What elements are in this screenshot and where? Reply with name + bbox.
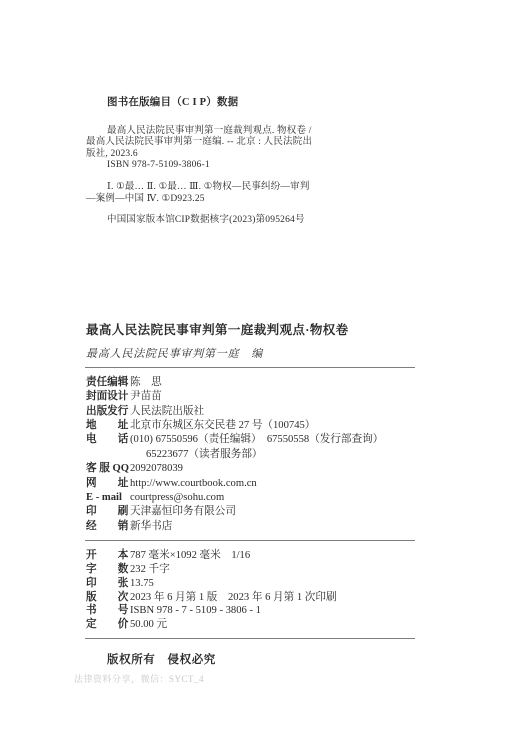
- cip-record: 最高人民法院民事审判第一庭裁判观点. 物权卷 / 最高人民法院民事审判第一庭编.…: [86, 126, 456, 172]
- info-value-url: http://www.courtbook.com.cn: [130, 477, 257, 491]
- info-value: 2023 年 6 月第 1 版 2023 年 6 月第 1 次印刷: [130, 591, 337, 605]
- info-row-address: 地 址 北京市东城区东交民巷 27 号（100745）: [86, 419, 516, 433]
- print-info: 开 本 787 毫米×1092 毫米 1/16 字 数 232 千字 印 张 1…: [86, 549, 516, 632]
- book-title: 最高人民法院民事审判第一庭裁判观点·物权卷: [86, 320, 516, 338]
- divider-bottom: [85, 638, 415, 639]
- info-label: 出版发行: [86, 405, 130, 419]
- info-label: 印 张: [86, 577, 130, 591]
- cip-classification-line: Ⅰ. ①最… Ⅱ. ①最… Ⅲ. ①物权—民事纠纷—审判: [86, 182, 456, 194]
- info-label: 责任编辑: [86, 376, 130, 390]
- watermark-text: 法律资料分享，微信：SYCT_4: [74, 672, 204, 685]
- info-value-email: courtpress@sohu.com: [130, 491, 224, 505]
- info-value: 天津嘉恒印务有限公司: [130, 505, 236, 519]
- cip-registry-number: 中国国家版本馆CIP数据核字(2023)第095264号: [86, 215, 456, 227]
- info-label: 客 服 QQ: [86, 462, 130, 476]
- info-value: ISBN 978 - 7 - 5109 - 3806 - 1: [130, 604, 261, 618]
- info-label: 印 刷: [86, 505, 130, 519]
- title-block: 最高人民法院民事审判第一庭裁判观点·物权卷 最高人民法院民事审判第一庭 编: [86, 320, 516, 361]
- info-row-sheets: 印 张 13.75: [86, 577, 516, 591]
- info-value: 新华书店: [130, 520, 172, 534]
- info-value-group: (010) 67550596（责任编辑） 67550558（发行部查询） 652…: [130, 433, 383, 462]
- info-row-distributor: 经 销 新华书店: [86, 520, 516, 534]
- info-value: 2092078039: [130, 462, 183, 476]
- cip-isbn-line: ISBN 978-7-5109-3806-1: [86, 160, 456, 172]
- cip-classification: Ⅰ. ①最… Ⅱ. ①最… Ⅲ. ①物权—民事纠纷—审判 —案例—中国 Ⅳ. ①…: [86, 182, 456, 205]
- info-label: 封面设计: [86, 390, 130, 404]
- info-row-price: 定 价 50.00 元: [86, 618, 516, 632]
- info-label: 开 本: [86, 549, 130, 563]
- info-label: E - mail: [86, 491, 130, 505]
- book-editor: 最高人民法院民事审判第一庭 编: [86, 345, 516, 361]
- info-row-editor: 责任编辑 陈 思: [86, 376, 516, 390]
- cip-classification-line: —案例—中国 Ⅳ. ①D923.25: [86, 194, 456, 206]
- publishing-info: 责任编辑 陈 思 封面设计 尹苗苗 出版发行 人民法院出版社 地 址 北京市东城…: [86, 376, 516, 534]
- divider-top: [85, 367, 415, 368]
- info-value: (010) 67550596（责任编辑） 67550558（发行部查询）: [130, 433, 383, 447]
- info-label: 电 话: [86, 433, 130, 447]
- divider-middle: [85, 540, 415, 541]
- info-label: 网 址: [86, 477, 130, 491]
- info-label: 地 址: [86, 419, 130, 433]
- info-value: 北京市东城区东交民巷 27 号（100745）: [130, 419, 315, 433]
- info-row-website: 网 址 http://www.courtbook.com.cn: [86, 477, 516, 491]
- cip-section: 图书在版编目（C I P）数据 最高人民法院民事审判第一庭裁判观点. 物权卷 /…: [86, 0, 456, 227]
- info-row-word-count: 字 数 232 千字: [86, 563, 516, 577]
- info-label: 版 次: [86, 591, 130, 605]
- cip-record-line: 版社, 2023.6: [86, 149, 456, 161]
- info-row-printer: 印 刷 天津嘉恒印务有限公司: [86, 505, 516, 519]
- info-value: 50.00 元: [130, 618, 167, 632]
- cip-record-line: 最高人民法院民事审判第一庭裁判观点. 物权卷 /: [86, 126, 456, 138]
- info-value: 787 毫米×1092 毫米 1/16: [130, 549, 250, 563]
- info-label: 书 号: [86, 604, 130, 618]
- info-row-email: E - mail courtpress@sohu.com: [86, 491, 516, 505]
- copyright-notice: 版权所有 侵权必究: [107, 651, 516, 667]
- info-row-isbn: 书 号 ISBN 978 - 7 - 5109 - 3806 - 1: [86, 604, 516, 618]
- info-label: 定 价: [86, 618, 130, 632]
- info-value: 13.75: [130, 577, 154, 591]
- info-row-edition: 版 次 2023 年 6 月第 1 版 2023 年 6 月第 1 次印刷: [86, 591, 516, 605]
- info-row-phone: 电 话 (010) 67550596（责任编辑） 67550558（发行部查询）…: [86, 433, 516, 462]
- colophon-page: 图书在版编目（C I P）数据 最高人民法院民事审判第一庭裁判观点. 物权卷 /…: [0, 0, 516, 730]
- info-value: 尹苗苗: [130, 390, 162, 404]
- info-value: 232 千字: [130, 563, 170, 577]
- info-value: 人民法院出版社: [130, 405, 204, 419]
- info-row-publisher: 出版发行 人民法院出版社: [86, 405, 516, 419]
- info-row-cover-design: 封面设计 尹苗苗: [86, 390, 516, 404]
- info-value: 陈 思: [130, 376, 162, 390]
- info-label: 字 数: [86, 563, 130, 577]
- info-value-line2: 65223677（读者服务部）: [146, 448, 383, 462]
- cip-heading: 图书在版编目（C I P）数据: [107, 97, 456, 109]
- cip-record-line: 最高人民法院民事审判第一庭编. -- 北京 : 人民法院出: [86, 137, 456, 149]
- info-label: 经 销: [86, 520, 130, 534]
- info-row-format: 开 本 787 毫米×1092 毫米 1/16: [86, 549, 516, 563]
- info-row-service-qq: 客 服 QQ 2092078039: [86, 462, 516, 476]
